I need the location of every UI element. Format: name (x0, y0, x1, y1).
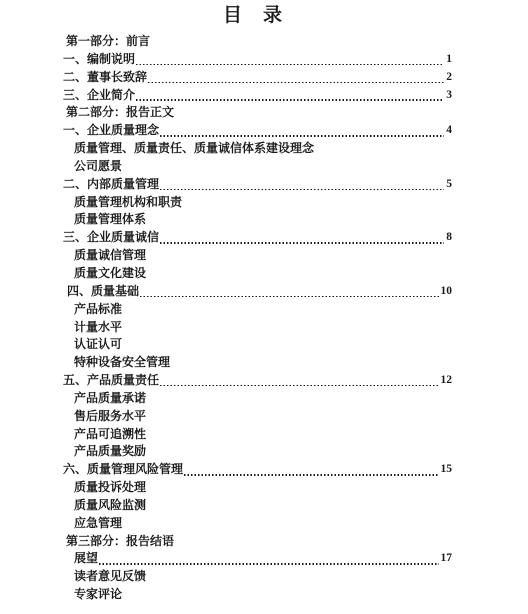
toc-page-number: 17 (441, 550, 453, 568)
toc-entry-label: 认证认可 (74, 336, 122, 354)
dot-leader (184, 474, 438, 475)
toc-entry-label: 展望 (74, 550, 98, 568)
toc-entry-label: 一、企业质量理念 (63, 122, 159, 140)
toc-entry-label: 第三部分：报告结语 (66, 533, 174, 551)
toc-page-number: 15 (441, 461, 453, 479)
toc-entry[interactable]: 公司愿景 (0, 158, 528, 176)
toc-entry-label: 二、内部质量管理 (63, 176, 159, 194)
toc-entry[interactable]: 质量管理机构和职责 (0, 194, 528, 212)
toc-entry[interactable]: 一、编制说明1 (0, 51, 528, 69)
toc-entry-label: 质量管理机构和职责 (74, 194, 182, 212)
toc-page-number: 1 (446, 51, 452, 69)
toc-entry-label: 产品标准 (74, 301, 122, 319)
dot-leader (136, 99, 444, 100)
toc-entry[interactable]: 产品标准 (0, 301, 528, 319)
toc-entry[interactable]: 质量投诉处理 (0, 479, 528, 497)
toc-entry-label: 四、质量基础 (67, 283, 139, 301)
toc-entry[interactable]: 产品可追溯性 (0, 426, 528, 444)
toc-entry[interactable]: 质量管理、质量责任、质量诚信体系建设理念 (0, 140, 528, 158)
dot-leader (140, 296, 438, 297)
toc-entry[interactable]: 售后服务水平 (0, 408, 528, 426)
dot-leader (136, 64, 444, 65)
dot-leader (148, 82, 444, 83)
dot-leader (99, 563, 438, 564)
toc-entry-label: 第一部分：前言 (66, 33, 150, 51)
toc-entry[interactable]: 一、企业质量理念4 (0, 122, 528, 140)
toc-entry-label: 第二部分：报告正文 (66, 104, 174, 122)
toc-entry-label: 专家评论 (74, 586, 122, 604)
toc-entry[interactable]: 六、质量管理风险管理15 (0, 461, 528, 479)
toc-entry[interactable]: 第三部分：报告结语 (0, 533, 528, 551)
toc-entry-label: 质量风险监测 (74, 497, 146, 515)
toc-entry-label: 三、企业简介 (63, 87, 135, 105)
toc-entry[interactable]: 第一部分：前言 (0, 33, 528, 51)
toc-entry-label: 五、产品质量责任 (63, 372, 159, 390)
toc-entry-label: 特种设备安全管理 (74, 354, 170, 372)
toc-page-number: 2 (446, 69, 452, 87)
toc-entry-label: 计量水平 (74, 319, 122, 337)
toc-entry-label: 读者意见反馈 (74, 568, 146, 586)
toc-entry[interactable]: 产品质量奖励 (0, 443, 528, 461)
toc-entry[interactable]: 产品质量承诺 (0, 390, 528, 408)
toc-entry[interactable]: 质量管理体系 (0, 211, 528, 229)
toc-entry-label: 质量投诉处理 (74, 479, 146, 497)
dot-leader (160, 385, 438, 386)
toc-entry-label: 质量文化建设 (74, 265, 146, 283)
toc-entry[interactable]: 认证认可 (0, 336, 528, 354)
toc-entry-label: 一、编制说明 (63, 51, 135, 69)
toc-page-number: 3 (446, 87, 452, 105)
toc-page-number: 12 (441, 372, 453, 390)
toc-page-number: 8 (446, 229, 452, 247)
toc-entry[interactable]: 二、内部质量管理5 (0, 176, 528, 194)
toc-entry[interactable]: 五、产品质量责任12 (0, 372, 528, 390)
toc-entry[interactable]: 特种设备安全管理 (0, 354, 528, 372)
toc-entry[interactable]: 展望17 (0, 550, 528, 568)
dot-leader (160, 189, 444, 190)
toc-entry-label: 应急管理 (74, 515, 122, 533)
toc-entry[interactable]: 读者意见反馈 (0, 568, 528, 586)
toc-title: 目 录 (0, 0, 506, 28)
toc-entry-label: 产品质量奖励 (74, 443, 146, 461)
toc-entry-label: 质量管理、质量责任、质量诚信体系建设理念 (74, 140, 314, 158)
toc-entry[interactable]: 专家评论 (0, 586, 528, 604)
toc-page-number: 10 (441, 283, 453, 301)
toc-entry[interactable]: 应急管理 (0, 515, 528, 533)
toc-entry[interactable]: 质量文化建设 (0, 265, 528, 283)
toc-entry-label: 质量诚信管理 (74, 247, 146, 265)
dot-leader (160, 242, 444, 243)
toc-entry-label: 售后服务水平 (74, 408, 146, 426)
toc-entry-label: 三、企业质量诚信 (63, 229, 159, 247)
toc-entry-label: 六、质量管理风险管理 (63, 461, 183, 479)
toc-page-number: 4 (446, 122, 452, 140)
toc-entry[interactable]: 计量水平 (0, 319, 528, 337)
toc-entry[interactable]: 三、企业质量诚信8 (0, 229, 528, 247)
toc-entry-label: 产品质量承诺 (74, 390, 146, 408)
toc-entry[interactable]: 三、企业简介3 (0, 87, 528, 105)
toc-entry[interactable]: 二、董事长致辞2 (0, 69, 528, 87)
toc-entry-label: 质量管理体系 (74, 211, 146, 229)
toc-entry[interactable]: 第二部分：报告正文 (0, 104, 528, 122)
document-page: 目 录 第一部分：前言一、编制说明1二、董事长致辞2三、企业简介3第二部分：报告… (0, 0, 528, 614)
toc-list: 第一部分：前言一、编制说明1二、董事长致辞2三、企业简介3第二部分：报告正文一、… (0, 33, 528, 604)
toc-entry-label: 公司愿景 (74, 158, 122, 176)
toc-entry[interactable]: 质量风险监测 (0, 497, 528, 515)
toc-entry-label: 产品可追溯性 (74, 426, 146, 444)
toc-entry-label: 二、董事长致辞 (63, 69, 147, 87)
toc-entry[interactable]: 质量诚信管理 (0, 247, 528, 265)
toc-entry[interactable]: 四、质量基础10 (0, 283, 528, 301)
toc-page-number: 5 (446, 176, 452, 194)
dot-leader (160, 135, 444, 136)
